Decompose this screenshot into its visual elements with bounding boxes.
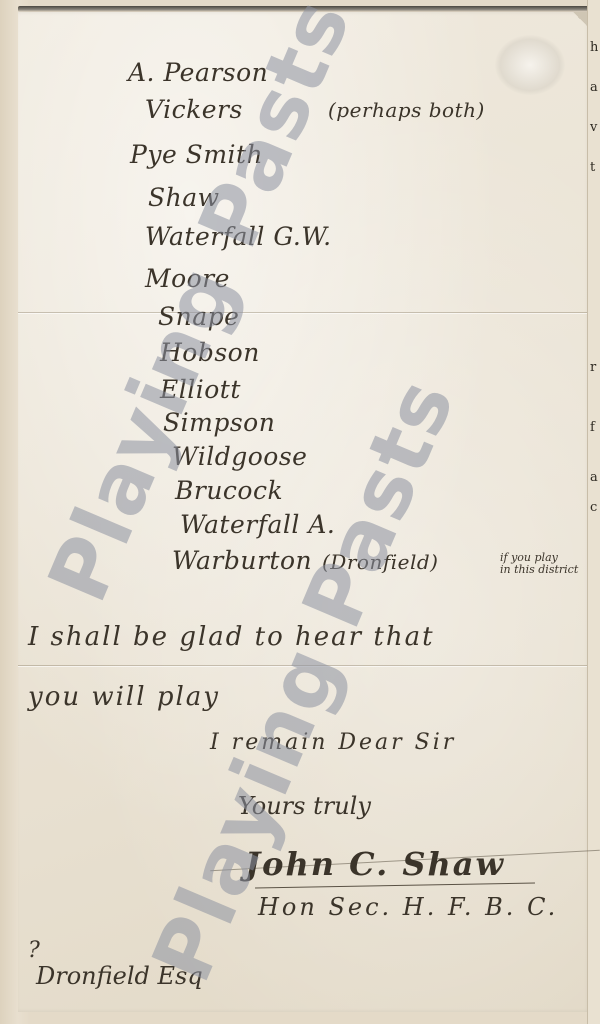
list-item: Waterfall G.W. bbox=[145, 222, 332, 251]
footer-marker: ? bbox=[28, 938, 40, 963]
fold-crease-lower bbox=[18, 665, 590, 666]
margin-fragment: r bbox=[590, 360, 596, 375]
list-item: Snape bbox=[158, 302, 239, 331]
margin-fragment: f bbox=[590, 420, 595, 435]
list-item: Simpson bbox=[163, 408, 275, 437]
list-item: Moore bbox=[145, 264, 230, 293]
letter-body-line: you will play bbox=[28, 682, 220, 712]
list-item: Hobson bbox=[160, 338, 260, 367]
signatory-title: Hon Sec. H. F. B. C. bbox=[258, 893, 558, 921]
list-item-note: (Dronfield) bbox=[322, 550, 438, 574]
margin-fragment: t bbox=[590, 160, 595, 175]
list-item: Shaw bbox=[148, 183, 220, 212]
adjacent-page-strip: h a v t r f a c bbox=[587, 0, 600, 1024]
closing-remain: I remain Dear Sir bbox=[210, 730, 456, 755]
list-item: Warburton bbox=[172, 546, 312, 575]
list-item: Elliott bbox=[160, 375, 241, 404]
margin-fragment: a bbox=[590, 470, 598, 485]
margin-fragment: v bbox=[590, 120, 597, 135]
embossed-seal bbox=[495, 35, 565, 95]
side-note: if you play bbox=[500, 552, 558, 563]
margin-fragment: h bbox=[590, 40, 598, 55]
signature: John C. Shaw bbox=[245, 845, 505, 883]
fold-crease-upper bbox=[18, 312, 590, 313]
list-item: Vickers bbox=[145, 95, 243, 124]
list-item: Brucock bbox=[175, 476, 283, 505]
margin-fragment: a bbox=[590, 80, 598, 95]
list-item: Wildgoose bbox=[172, 442, 307, 471]
list-item: Waterfall A. bbox=[180, 510, 335, 539]
letter-body-line: I shall be glad to hear that bbox=[28, 622, 435, 652]
list-item: A. Pearson bbox=[128, 58, 268, 87]
closing-yours-truly: Yours truly bbox=[238, 792, 371, 820]
margin-fragment: c bbox=[590, 500, 597, 515]
addressee: Dronfield Esq bbox=[36, 962, 203, 990]
side-note: in this district bbox=[500, 564, 578, 575]
list-item-note: (perhaps both) bbox=[328, 98, 485, 122]
list-item: Pye Smith bbox=[130, 140, 263, 169]
